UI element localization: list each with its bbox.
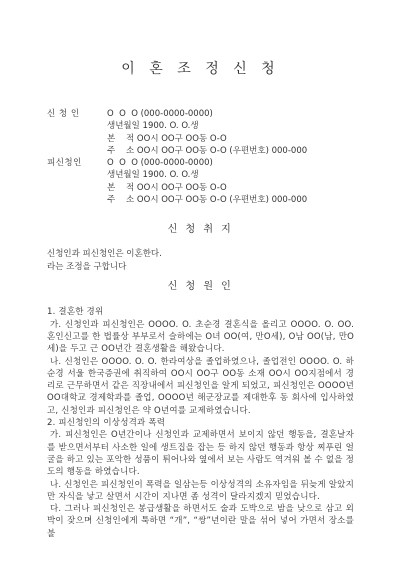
cause-paragraph-2c: 다. 그러나 피신청인은 봉급생활을 하면서도 술과 도박으로 밤을 낮으로 삼… [47, 503, 354, 540]
cause-paragraph-2b: 나. 신청인은 피신청인이 폭력을 일삼는등 이상성격의 소유자임을 뒤늦게 알… [47, 479, 354, 504]
respondent-role-label: 피신청인 [47, 157, 107, 169]
cause-paragraph-2-title: 2. 피신청인의 이상성격과 폭력 [47, 417, 354, 429]
respondent-registered-domicile: 본 적 OO시 OO구 OO동 O-O [107, 182, 354, 194]
respondent-details: O O O (000-0000-0000) 생년월일 1900. O. O.생 … [107, 157, 354, 206]
applicant-details: O O O (000-0000-0000) 생년월일 1900. O. O.생 … [107, 108, 354, 157]
purpose-section-heading: 신 청 취 지 [47, 220, 354, 235]
respondent-birthdate: 생년월일 1900. O. O.생 [107, 169, 354, 181]
cause-paragraph-1-title: 1. 결혼한 경위 [47, 306, 354, 318]
respondent-name: O O O (000-0000-0000) [107, 157, 354, 169]
parties-block: 신 청 인 O O O (000-0000-0000) 생년월일 1900. O… [47, 108, 354, 206]
cause-paragraph-1a: 가. 신청인과 피신청인은 OOOO. O. 초순경 결혼식을 올리고 OOOO… [47, 319, 354, 356]
applicant-birthdate: 생년월일 1900. O. O.생 [107, 120, 354, 132]
applicant-row: 신 청 인 O O O (000-0000-0000) 생년월일 1900. O… [47, 108, 354, 157]
document-page: 이 혼 조 정 신 청 신 청 인 O O O (000-0000-0000) … [0, 0, 400, 566]
respondent-row: 피신청인 O O O (000-0000-0000) 생년월일 1900. O.… [47, 157, 354, 206]
purpose-statement-line: 신청인과 피신청인은 이혼한다. [47, 248, 354, 261]
applicant-role-label: 신 청 인 [47, 108, 107, 120]
applicant-address: 주 소 OO시 OO구 OO동 O-O (우편번호) 000-000 [107, 145, 354, 157]
applicant-name: O O O (000-0000-0000) [107, 108, 354, 120]
document-title: 이 혼 조 정 신 청 [47, 58, 354, 78]
cause-paragraph-1b: 나. 신청인은 OOOO. O. O. 한라여상을 졸업하였으나, 졸업전인 O… [47, 356, 354, 417]
cause-paragraph-2a: 가. 피신청인은 O년간이나 신청인과 교제하면서 보이지 않던 행동을, 결혼… [47, 429, 354, 478]
respondent-address: 주 소 OO시 OO구 OO동 O-O (우편번호) 000-000 [107, 194, 354, 206]
purpose-request-line: 라는 조정을 구합니다 [47, 261, 354, 274]
applicant-registered-domicile: 본 적 OO시 OO구 OO동 O-O [107, 133, 354, 145]
cause-section-heading: 신 청 원 인 [47, 277, 354, 292]
